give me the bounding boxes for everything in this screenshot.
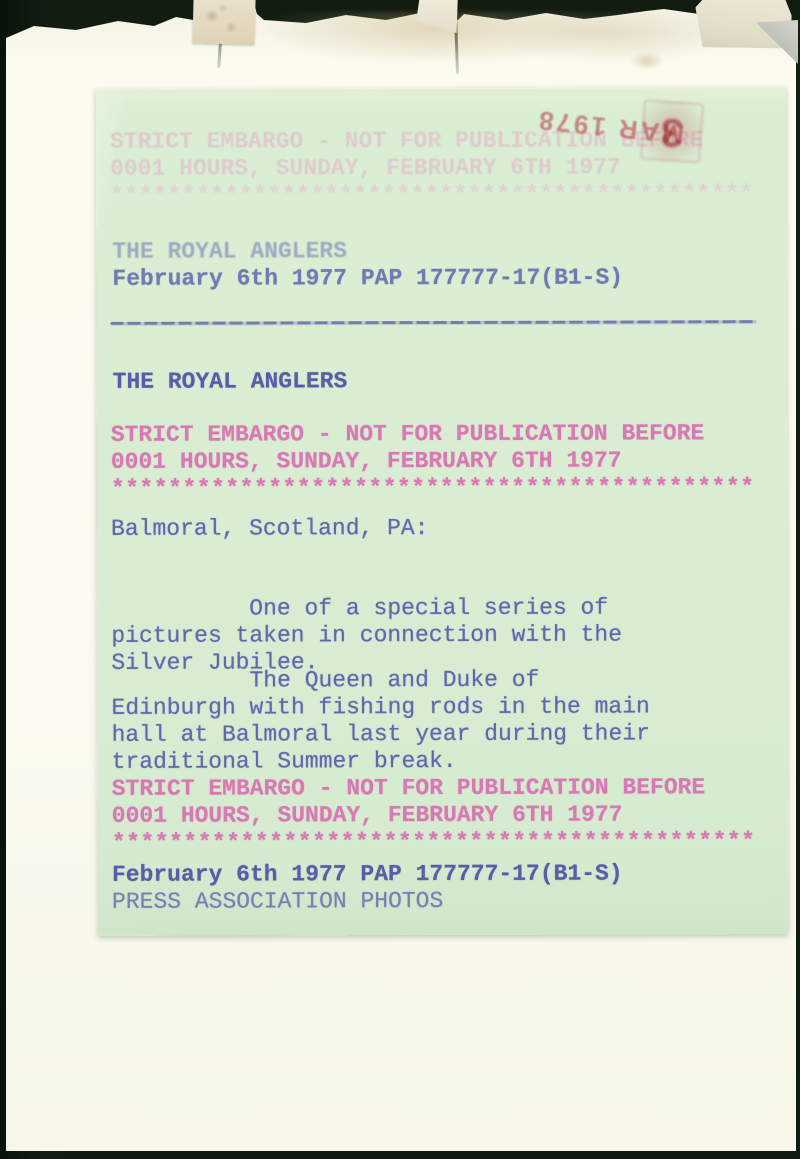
- dateline: Balmoral, Scotland, PA:: [111, 515, 429, 543]
- embargo2-line2: 0001 HOURS, SUNDAY, FEBRUARY 6TH 1977: [112, 802, 623, 830]
- para2-line3: hall at Balmoral last year during their: [112, 720, 650, 748]
- para2-line4: traditional Summer break.: [112, 748, 457, 776]
- typed-divider-rule: [111, 320, 757, 325]
- para2-line2: Edinburgh with fishing rods in the main: [111, 693, 649, 721]
- embargo2-line1: STRICT EMBARGO - NOT FOR PUBLICATION BEF…: [112, 774, 706, 803]
- header-slug-faded: THE ROYAL ANGLERS: [112, 238, 347, 266]
- embargo1-line1: STRICT EMBARGO - NOT FOR PUBLICATION BEF…: [111, 420, 705, 449]
- header-ref-line: February 6th 1977 PAP 177777-17(B1-S): [112, 265, 623, 293]
- footer-agency: PRESS ASSOCIATION PHOTOS: [112, 888, 443, 916]
- para1-line2: pictures taken in connection with the: [111, 622, 622, 650]
- date-stamp-day: 3: [659, 110, 684, 155]
- tape-fragment-left: [192, 0, 255, 45]
- scanned-press-caption-photo: STRICT EMBARGO - NOT FOR PUBLICATION BEF…: [0, 0, 800, 1159]
- footer-ref-line: February 6th 1977 PAP 177777-17(B1-S): [112, 861, 623, 889]
- caption-title: THE ROYAL ANGLERS: [113, 368, 348, 396]
- paper-stain-small: [630, 52, 664, 70]
- embargo-faded-stars: ****************************************…: [110, 181, 754, 210]
- date-stamp-day-smudge: 3: [640, 99, 704, 163]
- embargo-faded-line2: 0001 HOURS, SUNDAY, FEBRUARY 6TH 1977: [110, 155, 621, 183]
- caption-sheet: STRICT EMBARGO - NOT FOR PUBLICATION BEF…: [96, 87, 788, 936]
- embargo1-stars: ****************************************…: [111, 474, 755, 503]
- embargo2-stars: ****************************************…: [112, 828, 756, 857]
- para1-line1: One of a special series of: [111, 595, 608, 623]
- embargo1-line2: 0001 HOURS, SUNDAY, FEBRUARY 6TH 1977: [111, 448, 622, 476]
- para2-line1: The Queen and Duke of: [111, 667, 539, 695]
